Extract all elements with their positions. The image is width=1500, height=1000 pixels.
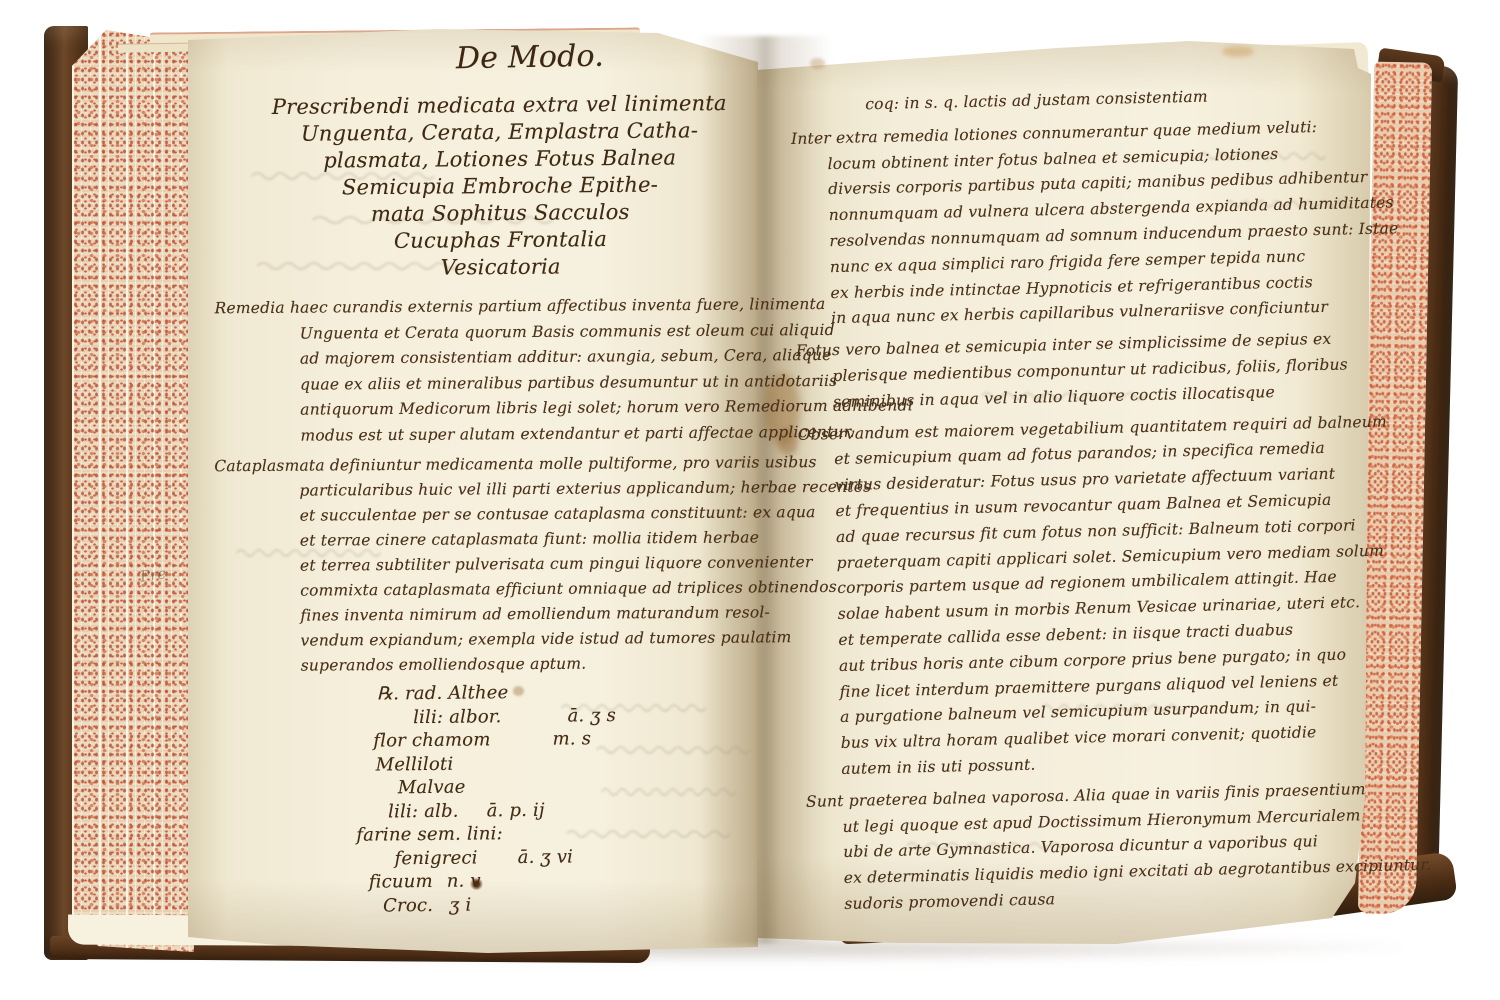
recipe-row: flor chamom m. s bbox=[373, 727, 685, 754]
text-line: superandos emolliendosque aptum. bbox=[301, 650, 849, 679]
recipe-qty: ā. p. ij bbox=[487, 799, 545, 821]
recipe-item: ficuum bbox=[369, 871, 433, 893]
recipe-item: ℞. rad. Althee bbox=[377, 682, 509, 704]
text-line: particularibus huic vel illi parti exter… bbox=[299, 475, 847, 504]
text-line: antiquorum Medicorum libris legi solet; … bbox=[300, 394, 848, 423]
heading-line: Unguenta, Cerata, Emplastra Catha- bbox=[257, 117, 741, 148]
sprinkled-fore-edge-left bbox=[72, 30, 194, 952]
recipe-row: lili: alb. ā. p. ij bbox=[388, 798, 686, 825]
recipe-row: Malvae bbox=[398, 774, 686, 801]
recipe-item: flor chamom bbox=[373, 729, 490, 751]
manuscript-photo: De Modo. Prescribendi medicata extra vel… bbox=[0, 0, 1500, 1000]
heading-line: Vesicatoria bbox=[259, 252, 743, 283]
recipe-row: lili: albor. ā. ʒ s bbox=[413, 704, 685, 730]
recipe-row: ℞. rad. Althee bbox=[377, 680, 685, 707]
text-line: Remedia haec curandis externis partium a… bbox=[214, 292, 847, 322]
recipe-item: lili: alb. bbox=[388, 800, 459, 822]
paragraph-lotiones: Inter extra remedia lotiones connumerant… bbox=[791, 113, 1384, 333]
text-line: Unguenta et Cerata quorum Basis communis… bbox=[300, 317, 848, 346]
recipe-row: fenigreci ā. ʒ vi bbox=[394, 845, 686, 872]
text-line: quae ex aliis et mineralibus partibus de… bbox=[300, 368, 848, 397]
recipe-qty: ā. ʒ vi bbox=[518, 846, 574, 868]
recipe-item: Croc. bbox=[383, 894, 433, 916]
recipe-item: farine sem. lini: bbox=[356, 823, 503, 846]
paragraph-vaporosa: Sunt praeterea balnea vaporosa. Alia qua… bbox=[806, 776, 1397, 918]
recipe-qty: n. v bbox=[447, 870, 481, 891]
text-line: et terrae cinere cataplasmata fiunt: mol… bbox=[300, 525, 848, 554]
recipe-qty: ā. ʒ s bbox=[567, 705, 616, 727]
text-line: commixta cataplasmata efficiunt omniaque… bbox=[300, 575, 848, 604]
paragraph-observanda: Observandum est maiorem vegetabilium qua… bbox=[797, 409, 1393, 783]
text-line: modus est ut super alutam extendantur et… bbox=[300, 419, 848, 448]
right-page-text: coq: in s. q. lactis ad justam consisten… bbox=[790, 81, 1397, 925]
recipe-row: Croc. ʒ i bbox=[383, 892, 687, 919]
recipe-row: farine sem. lini: bbox=[356, 821, 686, 848]
recipe-row: Melliloti bbox=[376, 751, 686, 778]
text-line: vendum expiandum; exempla vide istud ad … bbox=[300, 625, 848, 654]
recipe-item: lili: albor. bbox=[413, 706, 502, 728]
heading-line: Semicupia Embroche Epithe- bbox=[258, 171, 742, 202]
paragraph-remedia: Remedia haec curandis externis partium a… bbox=[214, 292, 848, 449]
paragraph-fotus: Fotus vero balnea et semicupia inter se … bbox=[796, 326, 1386, 417]
heading-line: Cucuphas Frontalia bbox=[258, 225, 742, 256]
recipe-item: Malvae bbox=[398, 777, 466, 799]
foxing-spot bbox=[1222, 46, 1254, 57]
heading-line: Prescribendi medicata extra vel liniment… bbox=[257, 90, 741, 121]
chapter-title: De Modo. bbox=[380, 37, 681, 77]
heading-line: plasmata, Lotiones Fotus Balnea bbox=[258, 144, 742, 175]
recipe-qty: m. s bbox=[552, 728, 591, 749]
margin-note: Pre bbox=[139, 564, 167, 585]
text-line: ad majorem consistentiam additur: axungi… bbox=[300, 343, 848, 372]
text-line: fines inventa nimirum ad emolliendum mat… bbox=[300, 600, 848, 629]
foxing-spot bbox=[810, 58, 825, 69]
recipe-item: fenigreci bbox=[394, 847, 477, 869]
recipe-qty: ʒ i bbox=[449, 894, 471, 915]
text-line: et terrea subtiliter pulverisata cum pin… bbox=[300, 550, 848, 579]
paragraph-cataplasmata: Cataplasmata definiuntur medicamenta mol… bbox=[214, 450, 849, 679]
text-line: et succulentae per se contusae cataplasm… bbox=[300, 500, 848, 529]
heading-line: mata Sophitus Sacculos bbox=[258, 198, 742, 229]
recipe-item: Melliloti bbox=[376, 753, 454, 775]
recipe-block: ℞. rad. Althee lili: albor. ā. ʒ s flor … bbox=[355, 680, 687, 918]
recipe-row: ficuum n. v bbox=[369, 868, 687, 895]
heading-block: Prescribendi medicata extra vel liniment… bbox=[257, 90, 743, 283]
